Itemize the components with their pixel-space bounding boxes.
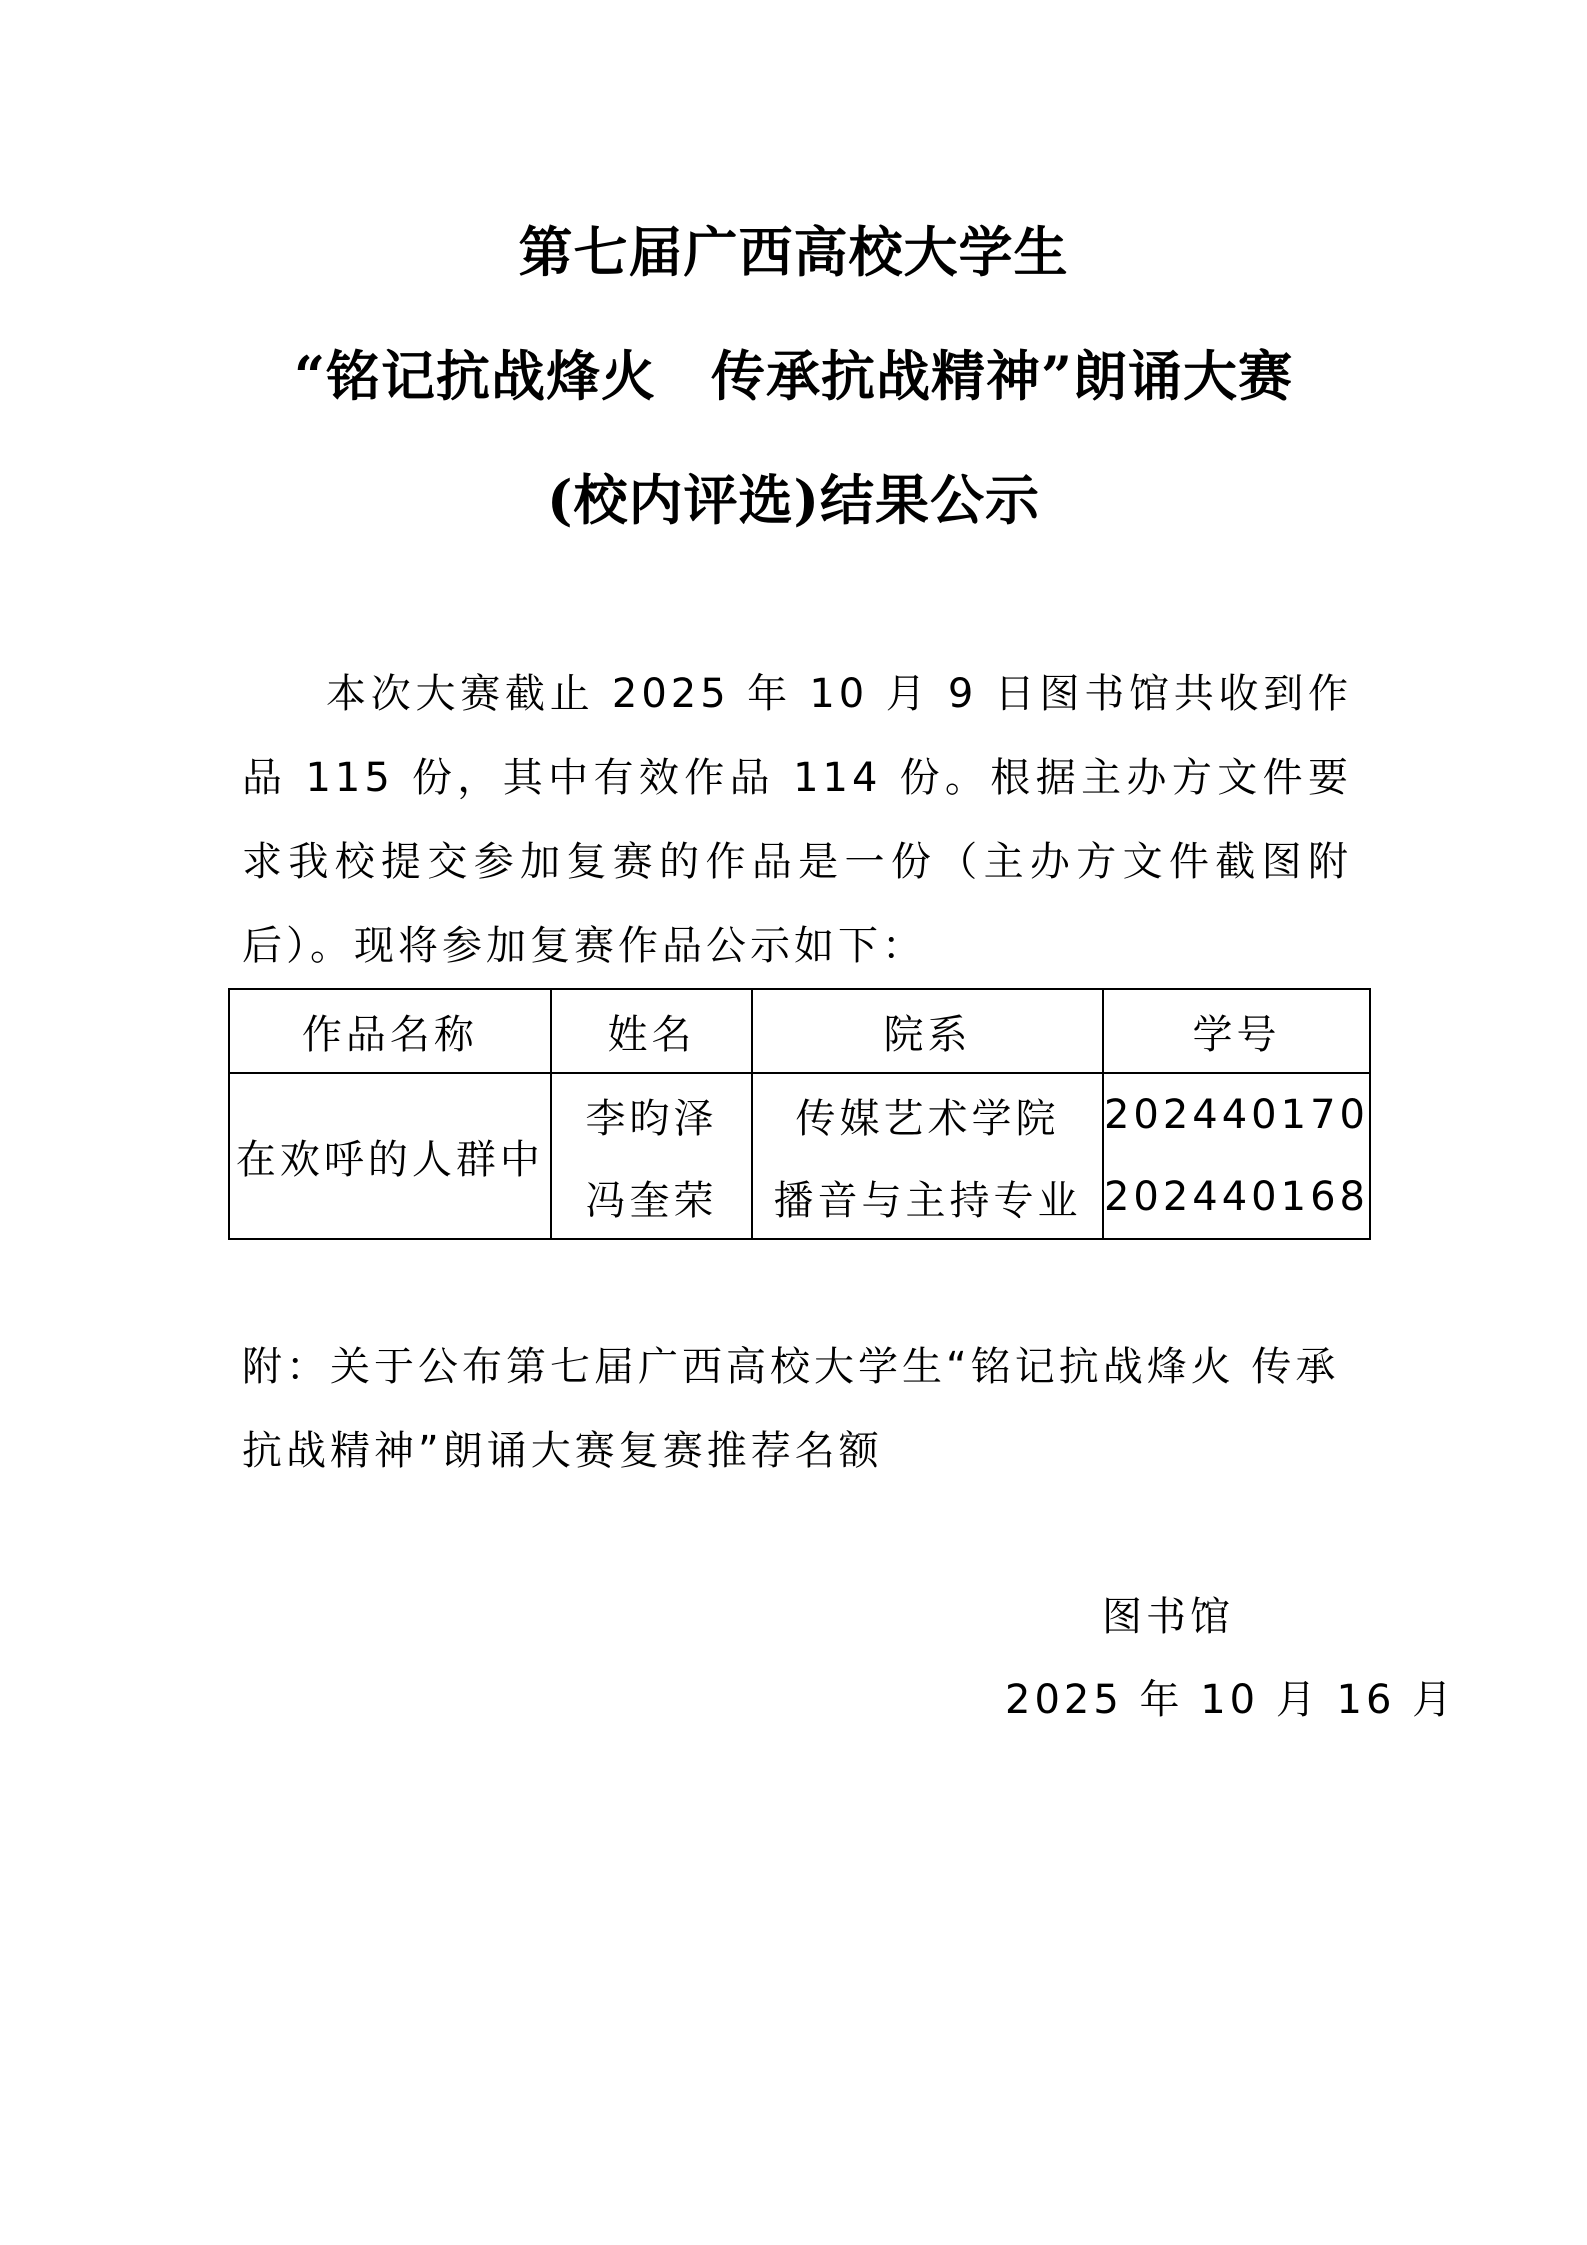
cell-student-id-2: 202440168	[1103, 1156, 1370, 1239]
attachment-note: 附：关于公布第七届广西高校大学生“铭记抗战烽火 传承抗战精神”朗诵大赛复赛推荐名…	[242, 1325, 1352, 1493]
cell-name-2: 冯奎荣	[551, 1156, 752, 1239]
cell-student-id-1: 202440170	[1103, 1073, 1370, 1156]
header-student-id: 学号	[1103, 989, 1370, 1073]
cell-department-2: 播音与主持专业	[752, 1156, 1103, 1239]
cell-department-1: 传媒艺术学院	[752, 1073, 1103, 1156]
table-header-row: 作品名称 姓名 院系 学号	[229, 989, 1370, 1073]
body-paragraph: 本次大赛截止 2025 年 10 月 9 日图书馆共收到作品 115 份，其中有…	[242, 652, 1352, 988]
header-work-title: 作品名称	[229, 989, 551, 1073]
header-name: 姓名	[551, 989, 752, 1073]
title-line-3: (校内评选)结果公示	[0, 470, 1587, 530]
signature-date: 2025 年 10 月 16 月	[1005, 1668, 1456, 1725]
cell-work-title: 在欢呼的人群中	[229, 1073, 551, 1239]
title-line-2: “铭记抗战烽火 传承抗战精神”朗诵大赛	[0, 346, 1587, 406]
header-department: 院系	[752, 989, 1103, 1073]
cell-name-1: 李昀泽	[551, 1073, 752, 1156]
signature-organization: 图书馆	[1102, 1585, 1234, 1642]
title-line-1: 第七届广西高校大学生	[0, 222, 1587, 282]
table-row: 在欢呼的人群中 李昀泽 传媒艺术学院 202440170	[229, 1073, 1370, 1156]
results-table: 作品名称 姓名 院系 学号 在欢呼的人群中 李昀泽 传媒艺术学院 2024401…	[228, 988, 1371, 1240]
